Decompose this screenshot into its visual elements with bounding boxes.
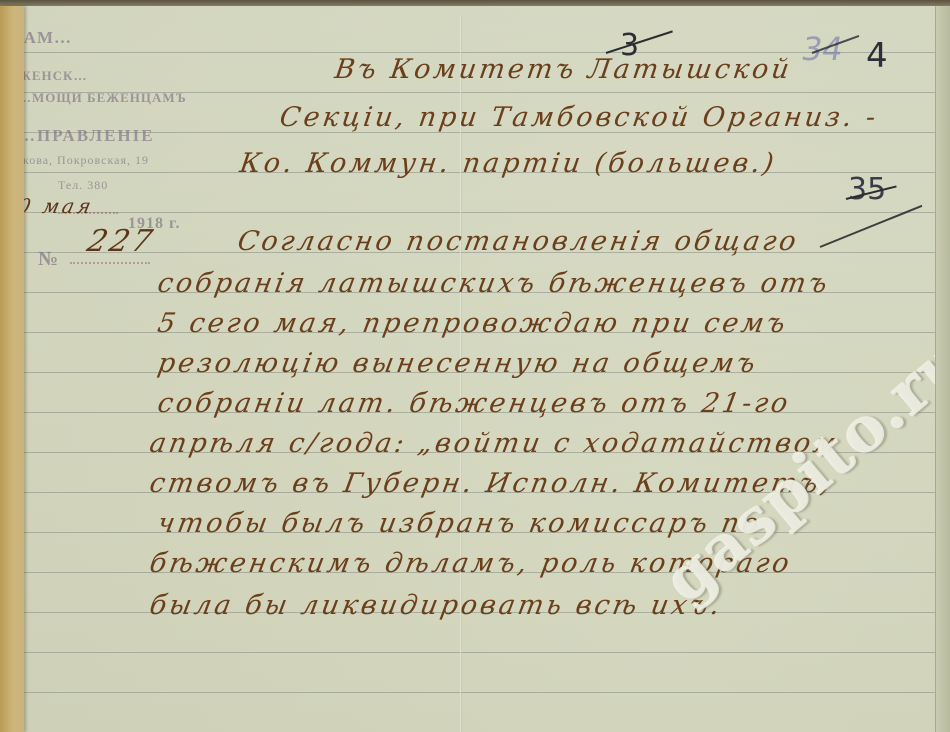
body-line-5: собранiи лат. бѣженцевъ отъ 21-го bbox=[155, 388, 793, 419]
ruled-line bbox=[24, 692, 936, 693]
body-line-3: 5 сего мая, препровождаю при семъ bbox=[155, 308, 790, 339]
archive-mark-top-right: 4 bbox=[866, 36, 888, 76]
body-line-10: была бы ликвидировать всѣ ихъ. bbox=[147, 590, 725, 621]
document-sheet: ЛАМ… ЖЕНСК… …МОЩИ БЕЖЕНЦАМЪ …ПРАВЛЕНIЕ …… bbox=[0, 6, 950, 732]
body-line-1: Согласно постановленiя общаго bbox=[235, 226, 801, 257]
address-line-2: Секцiи, при Тамбовской Организ. - bbox=[278, 102, 881, 133]
body-line-6: апрѣля с/года: „войти с ходатайством bbox=[147, 428, 841, 459]
stamp-line-3: …МОЩИ БЕЖЕНЦАМЪ bbox=[18, 90, 187, 106]
stamp-line-4: …ПРАВЛЕНIЕ bbox=[18, 126, 155, 146]
body-line-8: чтобы былъ избранъ комиссаръ по bbox=[155, 508, 764, 539]
stamp-number-label: № bbox=[38, 248, 59, 271]
stamp-number-line bbox=[70, 262, 150, 264]
binding-strip bbox=[0, 6, 24, 732]
body-line-2: собранiя латышскихъ бѣженцевъ отъ bbox=[155, 268, 832, 299]
address-line-1: Въ Комитетъ Латышской bbox=[333, 54, 794, 85]
strike-line bbox=[606, 30, 673, 54]
paper-edge-right bbox=[935, 6, 950, 732]
outgoing-number: 227 bbox=[84, 224, 159, 259]
stamp-address: …кова, Покровская, 19 bbox=[10, 153, 149, 168]
stamp-phone: Тел. 380 bbox=[58, 178, 108, 193]
ruled-line bbox=[24, 652, 936, 653]
address-line-3: Ко. Коммун. партiи (большев.) bbox=[238, 148, 779, 179]
body-line-4: резолюцiю вынесенную на общемъ bbox=[155, 348, 760, 379]
stamp-line-2: ЖЕНСК… bbox=[18, 68, 87, 84]
